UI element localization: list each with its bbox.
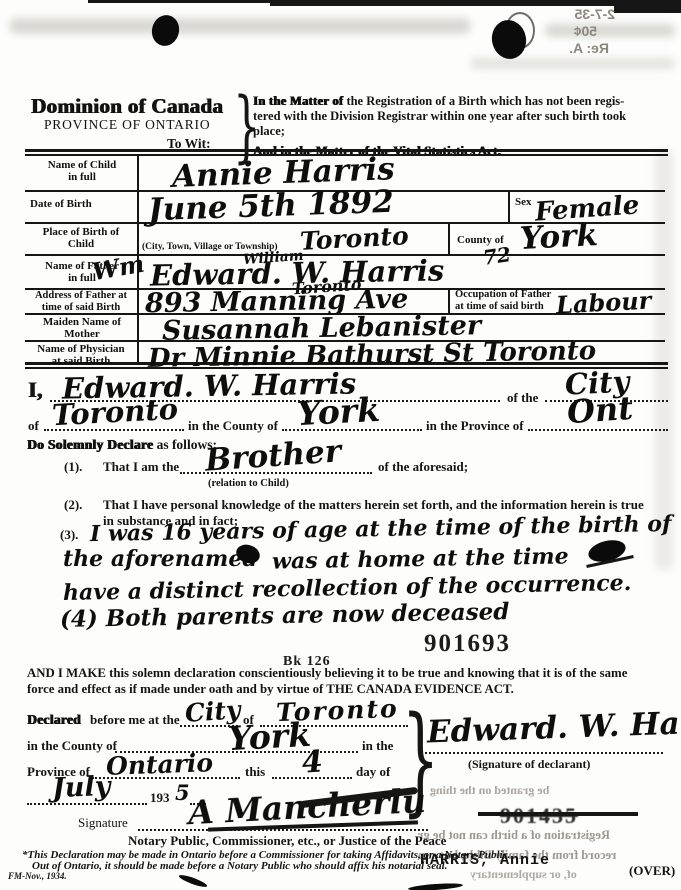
hw-physician: Dr Minnie Bathurst St Toronto [148, 338, 596, 372]
bleed-fee: 50¢ [500, 23, 615, 40]
scan-streak [470, 58, 675, 69]
hw-birth-date: June 5th 1892 [148, 187, 395, 227]
i-glyph: I, [28, 377, 43, 403]
province-subtitle: PROVINCE OF ONTARIO [44, 117, 210, 133]
bleed-date: 2-7-35 [500, 6, 615, 23]
hw-att-month: July [52, 773, 111, 802]
dotted-line [27, 803, 147, 805]
field-label-mother-maiden: Maiden Name ofMother [30, 317, 134, 340]
hw-att-day: 4 [301, 747, 324, 778]
hw-county-2: York [296, 393, 381, 430]
att-year-prefix: 193 [150, 790, 170, 806]
scan-mark [178, 873, 208, 889]
of-the-label: of the [507, 390, 538, 406]
field-label-child-name: Name of Childin full [30, 160, 134, 183]
dotted-line [425, 752, 663, 754]
field-label-occupation: Occupation of Fatherat time of said birt… [455, 289, 551, 312]
registration-number-stamp: 901693 [424, 630, 511, 658]
field-label-birth-date: Date of Birth [30, 199, 92, 211]
scanned-birth-declaration-document: 2-7-35 50¢ Re: A. Dominion of Canada PRO… [0, 0, 681, 890]
item1-pre: That I am the [103, 459, 179, 475]
hw-item4: (4) Both parents are now deceased [60, 600, 510, 631]
hw-item3-line2b: was at home at the time [272, 545, 569, 572]
hw-item3-line2a: the aforenamed [63, 548, 258, 570]
index-name-typed: HARRIS, Annie [420, 852, 550, 869]
hw-province: Ont [566, 392, 634, 429]
hw-county-mark: 72 [482, 244, 512, 268]
oath-paragraph: AND I MAKE this solemn declaration consc… [27, 666, 671, 697]
dotted-line [528, 429, 668, 431]
declared-word: Declared [27, 712, 81, 728]
item2-number: (2). [64, 497, 82, 513]
field-label-sex: Sex [515, 197, 532, 209]
strike-bar [478, 812, 638, 816]
province-of-label: in the Province of [426, 418, 524, 434]
hw-county: York [519, 220, 598, 255]
hw-occupation: Labour [555, 289, 651, 318]
item1-post: of the aforesaid; [378, 459, 468, 475]
solemn-declare-heading: Do Solemnly Declare as follows: [27, 437, 217, 453]
matter-body-1: the Registration of a Birth which has no… [343, 94, 624, 108]
item3-number: (3). [60, 527, 78, 543]
scan-edge-bar [614, 0, 681, 13]
county-of-label: in the County of [188, 418, 278, 434]
bleed-line: of, or supplementary [470, 867, 577, 882]
att-in-the: in the [362, 738, 393, 754]
notary-caption: Notary Public, Commissioner, etc., or Ju… [128, 833, 446, 849]
field-label-birth-place: Place of Birth ofChild [28, 227, 134, 250]
hw-city: Toronto [51, 395, 178, 431]
before-me-label: before me at the [90, 712, 180, 728]
of-label: of [28, 418, 39, 434]
bleed-line: Registration of a birth can not be gr [418, 828, 610, 843]
hw-declarant-signature: Edward. W. Harris [427, 707, 681, 749]
scan-edge-bar [88, 0, 278, 3]
bleed-corner-note: 2-7-35 50¢ Re: A. [500, 6, 615, 57]
att-county-label: in the County of [27, 738, 117, 754]
scan-mark [408, 882, 463, 890]
bleed-ref: Re: A. [500, 40, 615, 57]
cell-divider-vertical [508, 190, 510, 222]
dotted-line [138, 829, 428, 831]
footnote-line2: Out of Ontario, it should be made before… [32, 860, 447, 872]
hw-att-county: York [227, 718, 312, 755]
form-code: FM-Nov., 1934. [8, 871, 67, 881]
field-label-physician: Name of Physicianat said Birth [26, 344, 136, 367]
matter-intro: In the Matter of [253, 94, 343, 108]
rule [25, 149, 668, 152]
matter-body-3: place; [253, 124, 673, 139]
cell-divider-vertical [448, 288, 450, 313]
over-label: (OVER) [629, 863, 675, 879]
hw-birth-place: Toronto [299, 223, 409, 254]
declarant-signature-caption: (Signature of declarant) [468, 757, 590, 772]
att-day-of: day of [356, 764, 390, 780]
signature-label: Signature [78, 815, 128, 831]
cell-divider-vertical [448, 222, 450, 254]
voided-number-stamp: 901435 [500, 803, 578, 829]
bleed-line: be granted on the thing [430, 783, 549, 798]
document-title: Dominion of Canada [31, 94, 223, 119]
scan-streak [10, 18, 470, 34]
hw-item3-line3: have a distinct recollection of the occu… [63, 572, 632, 604]
hw-att-province: Ontario [106, 750, 214, 779]
item1-number: (1). [64, 459, 82, 475]
att-this: this [245, 764, 265, 780]
field-label-father-address: Address of Father attime of said Birth [26, 290, 136, 313]
relation-sublabel: (relation to Child) [208, 478, 289, 490]
hw-relation: Brother [204, 436, 342, 476]
matter-body-2: tered with the Division Registrar within… [253, 109, 673, 124]
